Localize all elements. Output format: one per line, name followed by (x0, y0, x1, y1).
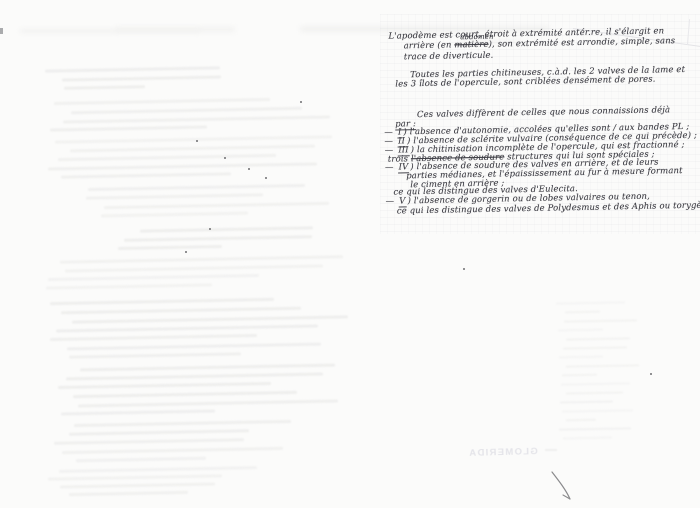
bleed-line (45, 66, 220, 72)
list-dash: — (386, 197, 395, 207)
bleed-line (59, 466, 257, 473)
bleed-line (60, 483, 215, 489)
bleed-line (63, 115, 330, 123)
bleed-dash (558, 329, 603, 332)
bleed-line (71, 107, 302, 114)
bleed-dash (561, 382, 630, 385)
ink-speck (209, 228, 211, 230)
bleed-line (78, 400, 338, 408)
list-dash: — (385, 163, 394, 173)
scan-smudge (20, 29, 200, 33)
bleed-line (54, 98, 270, 105)
bleed-dash (566, 391, 623, 394)
pen-stroke-mark (548, 470, 576, 504)
bleed-line (61, 172, 231, 178)
bleed-line (69, 352, 241, 358)
bleed-line (61, 307, 301, 315)
bleed-dash (566, 337, 630, 340)
bleed-line (61, 410, 215, 416)
bleed-line (48, 474, 222, 480)
scanned-manuscript-page: L'apodème est court, étroit à extrémité … (0, 0, 700, 508)
inserted-word: abdomen (460, 33, 493, 42)
bleed-line (64, 85, 145, 90)
bleed-line (72, 315, 348, 323)
manuscript-line: Ces valves diffèrent de celles que nous … (417, 106, 670, 121)
bleed-dash (566, 419, 596, 422)
bleed-dash (563, 437, 612, 440)
bleed-line (88, 184, 305, 191)
ink-speck (300, 101, 302, 103)
handwritten-text: trace de diverticule. (404, 51, 494, 63)
bleed-line (124, 235, 312, 242)
handwritten-text: ), son extrémité est arrondie, simple, s… (488, 36, 675, 50)
bleed-line (58, 382, 271, 389)
bleed-line (67, 343, 321, 351)
struck-text: matièreabdomen (454, 40, 488, 51)
ink-speck (265, 177, 267, 179)
bleed-line (48, 162, 317, 170)
scan-smudge (115, 27, 235, 32)
bleed-line (65, 265, 323, 273)
bleed-line (56, 324, 318, 332)
bleed-line (50, 334, 257, 341)
scan-edge-mark (0, 28, 3, 34)
bleed-line (73, 391, 297, 398)
bleed-line (118, 245, 222, 250)
bleed-dash (562, 409, 633, 412)
bleed-line (50, 298, 274, 305)
bleed-line (76, 457, 206, 463)
bleed-line (55, 135, 332, 143)
bleed-dash (564, 319, 637, 322)
bleed-line (104, 202, 329, 209)
bleed-line (48, 274, 259, 281)
bleed-dash (556, 301, 625, 304)
bleed-dash (562, 374, 597, 377)
bleed-line (66, 373, 323, 381)
handwritten-text: Ces valves diffèrent de celles que nous … (417, 105, 670, 120)
ink-speck (196, 140, 198, 142)
handwritten-text: arrière (en (404, 40, 455, 51)
bleed-line (62, 75, 221, 81)
bleed-line (70, 145, 315, 153)
ink-speck (248, 168, 250, 170)
manuscript-text: L'apodème est court, étroit à extrémité … (381, 21, 700, 227)
ink-speck (185, 251, 187, 253)
bleed-line (69, 429, 249, 435)
bleed-line (58, 154, 276, 161)
bleed-dash (559, 427, 631, 430)
manuscript-line: trace de diverticule. (404, 52, 494, 63)
bleed-line (60, 255, 343, 263)
bleed-line (140, 226, 313, 232)
bleed-line (46, 283, 212, 289)
ink-speck (650, 373, 652, 375)
bleed-line (69, 491, 188, 496)
bleed-dash (563, 346, 627, 349)
bleed-dash (565, 311, 600, 314)
bleed-dash (560, 400, 613, 403)
bleedthrough-dash (545, 449, 557, 451)
bleed-line (101, 212, 248, 218)
bleed-line (50, 125, 207, 131)
bleed-line (54, 438, 244, 445)
bleed-line (62, 447, 283, 454)
bleedthrough-stamp: GLOMERIDA (468, 446, 538, 459)
bleed-line (74, 420, 291, 427)
ink-speck (463, 268, 465, 270)
bleed-dash (566, 364, 639, 367)
bleed-line (86, 193, 263, 199)
ink-speck (224, 157, 226, 159)
bleed-dash (559, 356, 604, 359)
bleed-line (80, 364, 335, 372)
